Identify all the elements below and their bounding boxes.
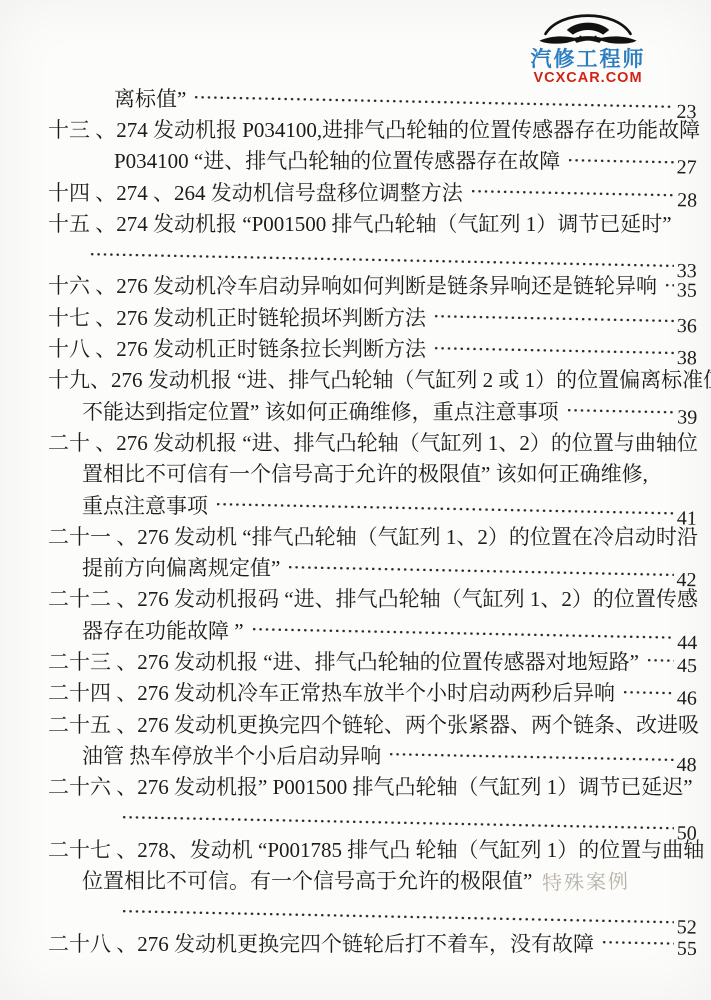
page-number: 38	[677, 347, 697, 370]
dot-leader	[470, 180, 675, 207]
dot-leader	[567, 149, 674, 174]
toc-row: 50	[48, 802, 697, 833]
car-silhouette-icon	[532, 5, 644, 52]
dot-leader	[664, 274, 674, 297]
toc-row: 33	[48, 238, 697, 269]
toc-row: 二十八 、276 发动机更换完四个链轮后打不着车，没有故障55	[48, 927, 697, 958]
toc-entry-text: 置相比不可信有一个信号高于允许的极限值” 该如何正确维修,	[82, 458, 648, 488]
page-number: 48	[677, 754, 697, 777]
dot-leader	[433, 337, 674, 365]
toc-row: 二十一 、276 发动机 “排气凸轮轴（气缸列 1、2）的位置在冷启动时沿	[48, 520, 697, 551]
toc-entry-text: 二十五 、276 发动机更换完四个链轮、两个张紧器、两个链条、改进吸	[48, 709, 699, 739]
toc-entry-text: 十三 、274 发动机报 P034100,进排气凸轮轴的位置传感器存在功能故障	[48, 114, 700, 144]
toc-row: 二十 、276 发动机报 “进、排气凸轮轴（气缸列 1、2）的位置与曲轴位	[48, 426, 697, 457]
leader-tail: 48	[381, 743, 697, 772]
toc-entry-text: 提前方向偏离规定值”	[82, 552, 280, 582]
toc-entry-text: 二十 、276 发动机报 “进、排气凸轮轴（气缸列 1、2）的位置与曲轴位	[48, 427, 698, 457]
toc-entry-text: 油管 热车停放半个小后启动异响	[82, 740, 381, 770]
leader-tail: 46	[615, 681, 697, 706]
leader-tail: 38	[426, 337, 697, 365]
toc-row: 离标值”23	[48, 82, 697, 113]
leader-tail: 39	[558, 399, 697, 425]
page-number: 55	[677, 938, 697, 961]
toc-entry-text: 二十二 、276 发动机报码 “进、排气凸轮轴（气缸列 1、2）的位置传感	[48, 583, 698, 613]
leader-tail: 28	[463, 180, 698, 208]
toc-row: 二十二 、276 发动机报码 “进、排气凸轮轴（气缸列 1、2）的位置传感	[48, 583, 697, 614]
toc-entry-text: 二十六 、276 发动机报” P001500 排气凸轮轴（气缸列 1）调节已延迟…	[48, 771, 693, 801]
table-of-contents: 离标值”23十三 、274 发动机报 P034100,进排气凸轮轴的位置传感器存…	[0, 82, 711, 958]
toc-row: 十五 、274 发动机报 “P001500 排气凸轮轴（气缸列 1）调节已延时”	[48, 207, 697, 238]
page-number: 39	[677, 406, 697, 429]
toc-row: P034100 “进、排气凸轮轴的位置传感器存在故障27	[48, 145, 697, 176]
toc-entry-text: 十八 、276 发动机正时链条拉长判断方法	[48, 333, 426, 363]
toc-row: 二十四 、276 发动机冷车正常热车放半个小时启动两秒后异响46	[48, 677, 697, 708]
dot-leader	[622, 681, 674, 705]
leader-tail: 35	[657, 274, 697, 298]
leader-tail: 45	[639, 649, 698, 673]
toc-row: 十九、276 发动机报 “进、排气凸轮轴（气缸列 2 或 1）的位置偏离标准值,	[48, 364, 697, 395]
book-page: 汽修工程师 VCXCAR.COM 离标值”23十三 、274 发动机报 P034…	[0, 0, 711, 1000]
toc-row: 置相比不可信有一个信号高于允许的极限值” 该如何正确维修,	[48, 458, 697, 489]
page-number: 45	[677, 655, 697, 678]
leader-tail: 27	[560, 149, 697, 175]
page-number: 27	[677, 156, 697, 179]
toc-entry-text: 十九、276 发动机报 “进、排气凸轮轴（气缸列 2 或 1）的位置偏离标准值,	[48, 364, 711, 394]
toc-entry-text: 离标值”	[114, 83, 186, 113]
toc-entry-text: 二十四 、276 发动机冷车正常热车放半个小时启动两秒后异响	[48, 677, 615, 707]
dot-leader	[601, 931, 674, 955]
faded-note: 特殊案例	[542, 865, 631, 896]
toc-entry-text: 十四 、274 、264 发动机信号盘移位调整方法	[48, 177, 463, 207]
toc-entry-text: 二十一 、276 发动机 “排气凸轮轴（气缸列 1、2）的位置在冷启动时沿	[48, 521, 698, 551]
toc-row: 十八 、276 发动机正时链条拉长判断方法38	[48, 332, 697, 363]
toc-entry-text: 二十三 、276 发动机报 “进、排气凸轮轴的位置传感器对地短路”	[48, 646, 639, 676]
page-number: 41	[677, 507, 697, 530]
page-number: 23	[677, 101, 697, 124]
page-number: 50	[677, 822, 697, 845]
dot-leader	[646, 650, 675, 674]
toc-entry-text: 不能达到指定位置” 该如何正确维修，重点注意事项	[82, 396, 559, 426]
toc-row: 二十五 、276 发动机更换完四个链轮、两个张紧器、两个链条、改进吸	[48, 708, 697, 739]
toc-row: 十七 、276 发动机正时链轮损坏判断方法36	[48, 301, 697, 332]
toc-row: 二十六 、276 发动机报” P001500 排气凸轮轴（气缸列 1）调节已延迟…	[48, 771, 697, 802]
toc-row: 油管 热车停放半个小后启动异响48	[48, 739, 697, 770]
page-number: 46	[677, 687, 697, 710]
toc-entry-text: 重点注意事项	[82, 490, 208, 520]
toc-row: 十三 、274 发动机报 P034100,进排气凸轮轴的位置传感器存在功能故障	[48, 113, 697, 144]
toc-row: 器存在功能故障 ”44	[48, 614, 697, 645]
dot-leader	[433, 305, 674, 333]
toc-entry-text: 位置相比不可信。有一个信号高于允许的极限值”	[82, 865, 532, 895]
leader-tail: 55	[594, 931, 697, 956]
leader-tail: 36	[426, 305, 697, 333]
toc-row: 十四 、274 、264 发动机信号盘移位调整方法28	[48, 176, 697, 207]
toc-entry-text: 十七 、276 发动机正时链轮损坏判断方法	[48, 302, 426, 332]
page-number: 35	[677, 279, 697, 302]
page-number: 36	[677, 315, 697, 338]
dot-leader	[388, 744, 674, 773]
toc-row: 52	[48, 896, 697, 927]
toc-entry-text: P034100 “进、排气凸轮轴的位置传感器存在故障	[114, 145, 560, 175]
toc-row: 二十三 、276 发动机报 “进、排气凸轮轴的位置传感器对地短路”45	[48, 645, 697, 676]
toc-entry-text: 器存在功能故障 ”	[82, 615, 244, 645]
toc-entry-text: 二十八 、276 发动机更换完四个链轮后打不着车，没有故障	[48, 928, 594, 958]
brand-logo: 汽修工程师 VCXCAR.COM	[503, 5, 673, 87]
dot-leader	[565, 399, 674, 424]
toc-entry-text: 十五 、274 发动机报 “P001500 排气凸轮轴（气缸列 1）调节已延时”	[48, 208, 672, 238]
toc-row: 重点注意事项41	[48, 489, 697, 520]
toc-row: 位置相比不可信。有一个信号高于允许的极限值”特殊案例	[48, 864, 697, 895]
toc-row: 不能达到指定位置” 该如何正确维修，重点注意事项39	[48, 395, 697, 426]
toc-row: 提前方向偏离规定值”42	[48, 551, 697, 582]
page-number: 42	[677, 569, 697, 592]
page-number: 28	[677, 189, 697, 212]
brand-name-cn: 汽修工程师	[531, 49, 646, 71]
